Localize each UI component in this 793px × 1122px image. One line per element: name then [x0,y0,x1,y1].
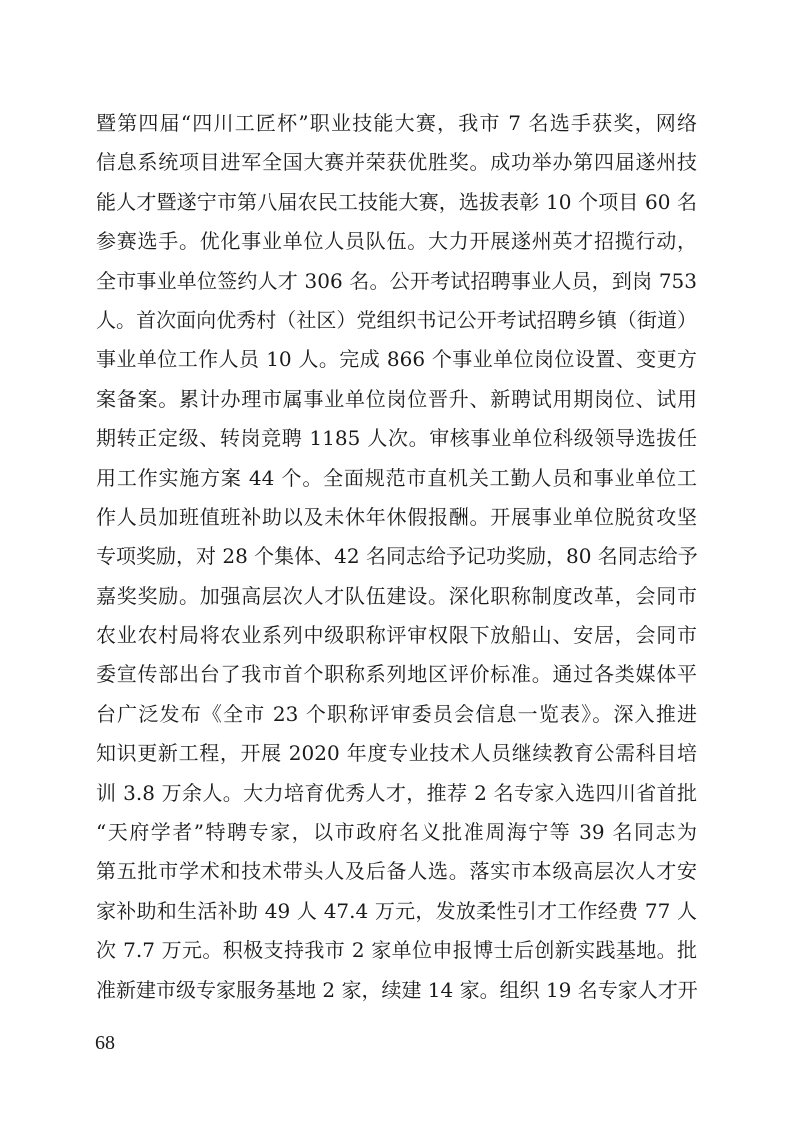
text-line: 农业农村局将农业系列中级职称评审权限下放船山、安居，会同市 [96,616,697,655]
text-line: 案备案。累计办理市属事业单位岗位晋升、新聘试用期岗位、试用 [96,380,697,419]
text-line: 作人员加班值班补助以及未休年休假报酬。开展事业单位脱贫攻坚 [96,498,697,537]
text-line: 全市事业单位签约人才 306 名。公开考试招聘事业人员，到岗 753 [96,262,697,301]
text-line: 暨第四届“四川工匠杯”职业技能大赛，我市 7 名选手获奖，网络 [96,104,697,143]
text-line: 第五批市学术和技术带头人及后备人选。落实市本级高层次人才安 [96,852,697,891]
text-line: 知识更新工程，开展 2020 年度专业技术人员继续教育公需科目培 [96,734,697,773]
body-paragraph: 暨第四届“四川工匠杯”职业技能大赛，我市 7 名选手获奖，网络 信息系统项目进军… [96,104,697,1010]
text-line: 人。首次面向优秀村（社区）党组织书记公开考试招聘乡镇（街道） [96,301,697,340]
text-line: 专项奖励，对 28 个集体、42 名同志给予记功奖励，80 名同志给予 [96,537,697,576]
text-line: 准新建市级专家服务基地 2 家，续建 14 家。组织 19 名专家人才开 [96,971,697,1010]
text-line: 家补助和生活补助 49 人 47.4 万元，发放柔性引才工作经费 77 人 [96,892,697,931]
text-line: 事业单位工作人员 10 人。完成 866 个事业单位岗位设置、变更方 [96,340,697,379]
text-line: 期转正定级、转岗竞聘 1185 人次。审核事业单位科级领导选拔任 [96,419,697,458]
text-line: 委宣传部出台了我市首个职称系列地区评价标准。通过各类媒体平 [96,655,697,694]
text-line: 用工作实施方案 44 个。全面规范市直机关工勤人员和事业单位工 [96,459,697,498]
text-line: 信息系统项目进军全国大赛并荣获优胜奖。成功举办第四届遂州技 [96,143,697,182]
text-line: 参赛选手。优化事业单位人员队伍。大力开展遂州英才招揽行动， [96,222,697,261]
text-line: 训 3.8 万余人。大力培育优秀人才，推荐 2 名专家入选四川省首批 [96,774,697,813]
text-line: “天府学者”特聘专家，以市政府名义批准周海宁等 39 名同志为 [96,813,697,852]
text-line: 台广泛发布《全市 23 个职称评审委员会信息一览表》。深入推进 [96,695,697,734]
text-line: 次 7.7 万元。积极支持我市 2 家单位申报博士后创新实践基地。批 [96,931,697,970]
document-page: 暨第四届“四川工匠杯”职业技能大赛，我市 7 名选手获奖，网络 信息系统项目进军… [0,0,793,1122]
text-line: 嘉奖奖励。加强高层次人才队伍建设。深化职称制度改革，会同市 [96,577,697,616]
page-number: 68 [95,1030,115,1056]
text-line: 能人才暨遂宁市第八届农民工技能大赛，选拔表彰 10 个项目 60 名 [96,183,697,222]
